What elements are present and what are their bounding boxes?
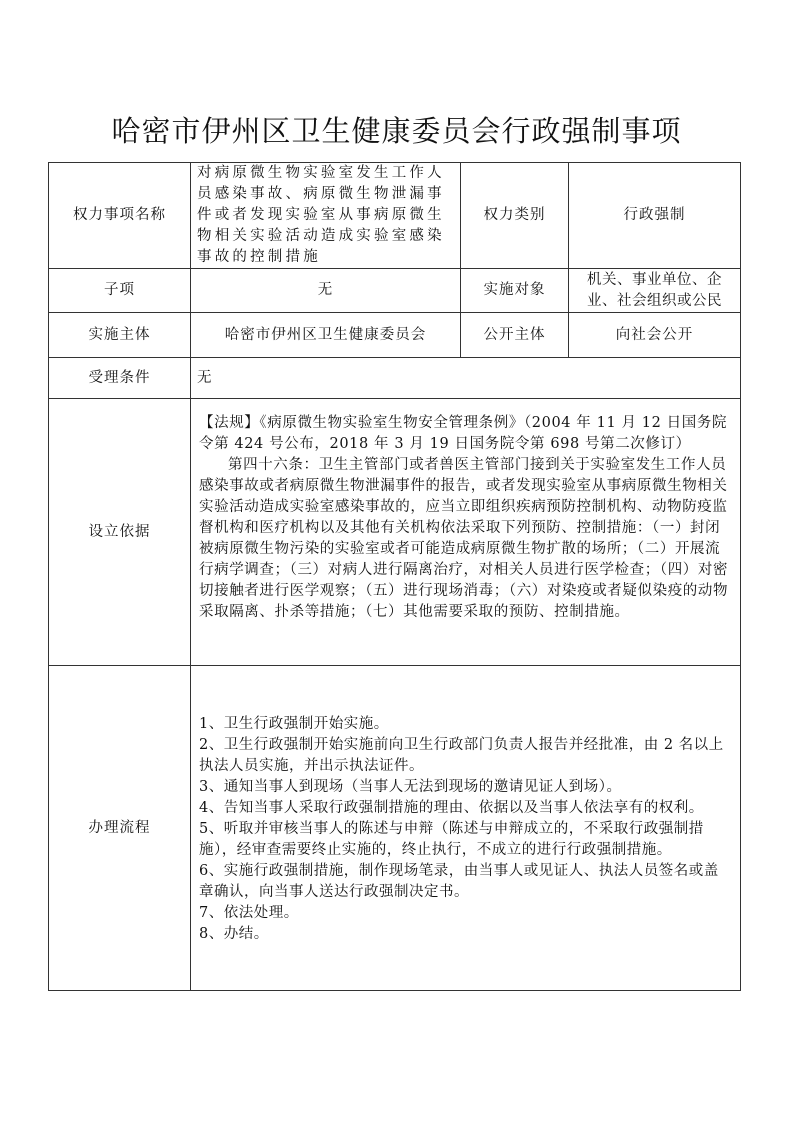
power-category-value: 行政强制: [569, 163, 741, 269]
power-name-value: 对病原微生物实验室发生工作人员感染事故、病原微生物泄漏事件或者发现实验室从事病原…: [191, 163, 461, 269]
process-step: 3、通知当事人到现场（当事人无法到现场的邀请见证人到场）。: [199, 777, 732, 798]
row-process: 办理流程 1、卫生行政强制开始实施。 2、卫生行政强制开始实施前向卫生行政部门负…: [49, 666, 741, 991]
legal-basis-regulation: 【法规】《病原微生物实验室生物安全管理条例》（2004 年 11 月 12 日国…: [199, 413, 732, 455]
process-step: 1、卫生行政强制开始实施。: [199, 714, 732, 735]
process-content: 1、卫生行政强制开始实施。 2、卫生行政强制开始实施前向卫生行政部门负责人报告并…: [191, 666, 741, 991]
process-step: 2、卫生行政强制开始实施前向卫生行政部门负责人报告并经批准，由 2 名以上执法人…: [199, 735, 732, 777]
process-step: 6、实施行政强制措施，制作现场笔录，由当事人或见证人、执法人员签名或盖章确认，向…: [199, 861, 732, 903]
disclosure-value: 向社会公开: [569, 313, 741, 358]
process-label: 办理流程: [49, 666, 191, 991]
legal-basis-label: 设立依据: [49, 399, 191, 666]
target-label: 实施对象: [461, 269, 569, 313]
enforcement-item-table: 权力事项名称 对病原微生物实验室发生工作人员感染事故、病原微生物泄漏事件或者发现…: [48, 162, 741, 991]
disclosure-label: 公开主体: [461, 313, 569, 358]
process-step: 4、告知当事人采取行政强制措施的理由、依据以及当事人依法享有的权利。: [199, 798, 732, 819]
power-name-label: 权力事项名称: [49, 163, 191, 269]
conditions-value: 无: [191, 358, 741, 399]
process-step: 7、依法处理。: [199, 903, 732, 924]
implementer-value: 哈密市伊州区卫生健康委员会: [191, 313, 461, 358]
legal-basis-content: 【法规】《病原微生物实验室生物安全管理条例》（2004 年 11 月 12 日国…: [191, 399, 741, 666]
row-conditions: 受理条件 无: [49, 358, 741, 399]
row-sub-item: 子项 无 实施对象 机关、事业单位、企业、社会组织或公民: [49, 269, 741, 313]
conditions-label: 受理条件: [49, 358, 191, 399]
document-title: 哈密市伊州区卫生健康委员会行政强制事项: [0, 111, 793, 151]
sub-item-value: 无: [191, 269, 461, 313]
process-step: 5、听取并审核当事人的陈述与申辩（陈述与申辩成立的，不采取行政强制措施），经审查…: [199, 819, 732, 861]
power-category-label: 权力类别: [461, 163, 569, 269]
target-value: 机关、事业单位、企业、社会组织或公民: [569, 269, 741, 313]
row-legal-basis: 设立依据 【法规】《病原微生物实验室生物安全管理条例》（2004 年 11 月 …: [49, 399, 741, 666]
row-power-name: 权力事项名称 对病原微生物实验室发生工作人员感染事故、病原微生物泄漏事件或者发现…: [49, 163, 741, 269]
process-step: 8、办结。: [199, 924, 732, 945]
row-implementer: 实施主体 哈密市伊州区卫生健康委员会 公开主体 向社会公开: [49, 313, 741, 358]
implementer-label: 实施主体: [49, 313, 191, 358]
sub-item-label: 子项: [49, 269, 191, 313]
legal-basis-article: 第四十六条：卫生主管部门或者兽医主管部门接到关于实验室发生工作人员感染事故或者病…: [199, 455, 732, 623]
